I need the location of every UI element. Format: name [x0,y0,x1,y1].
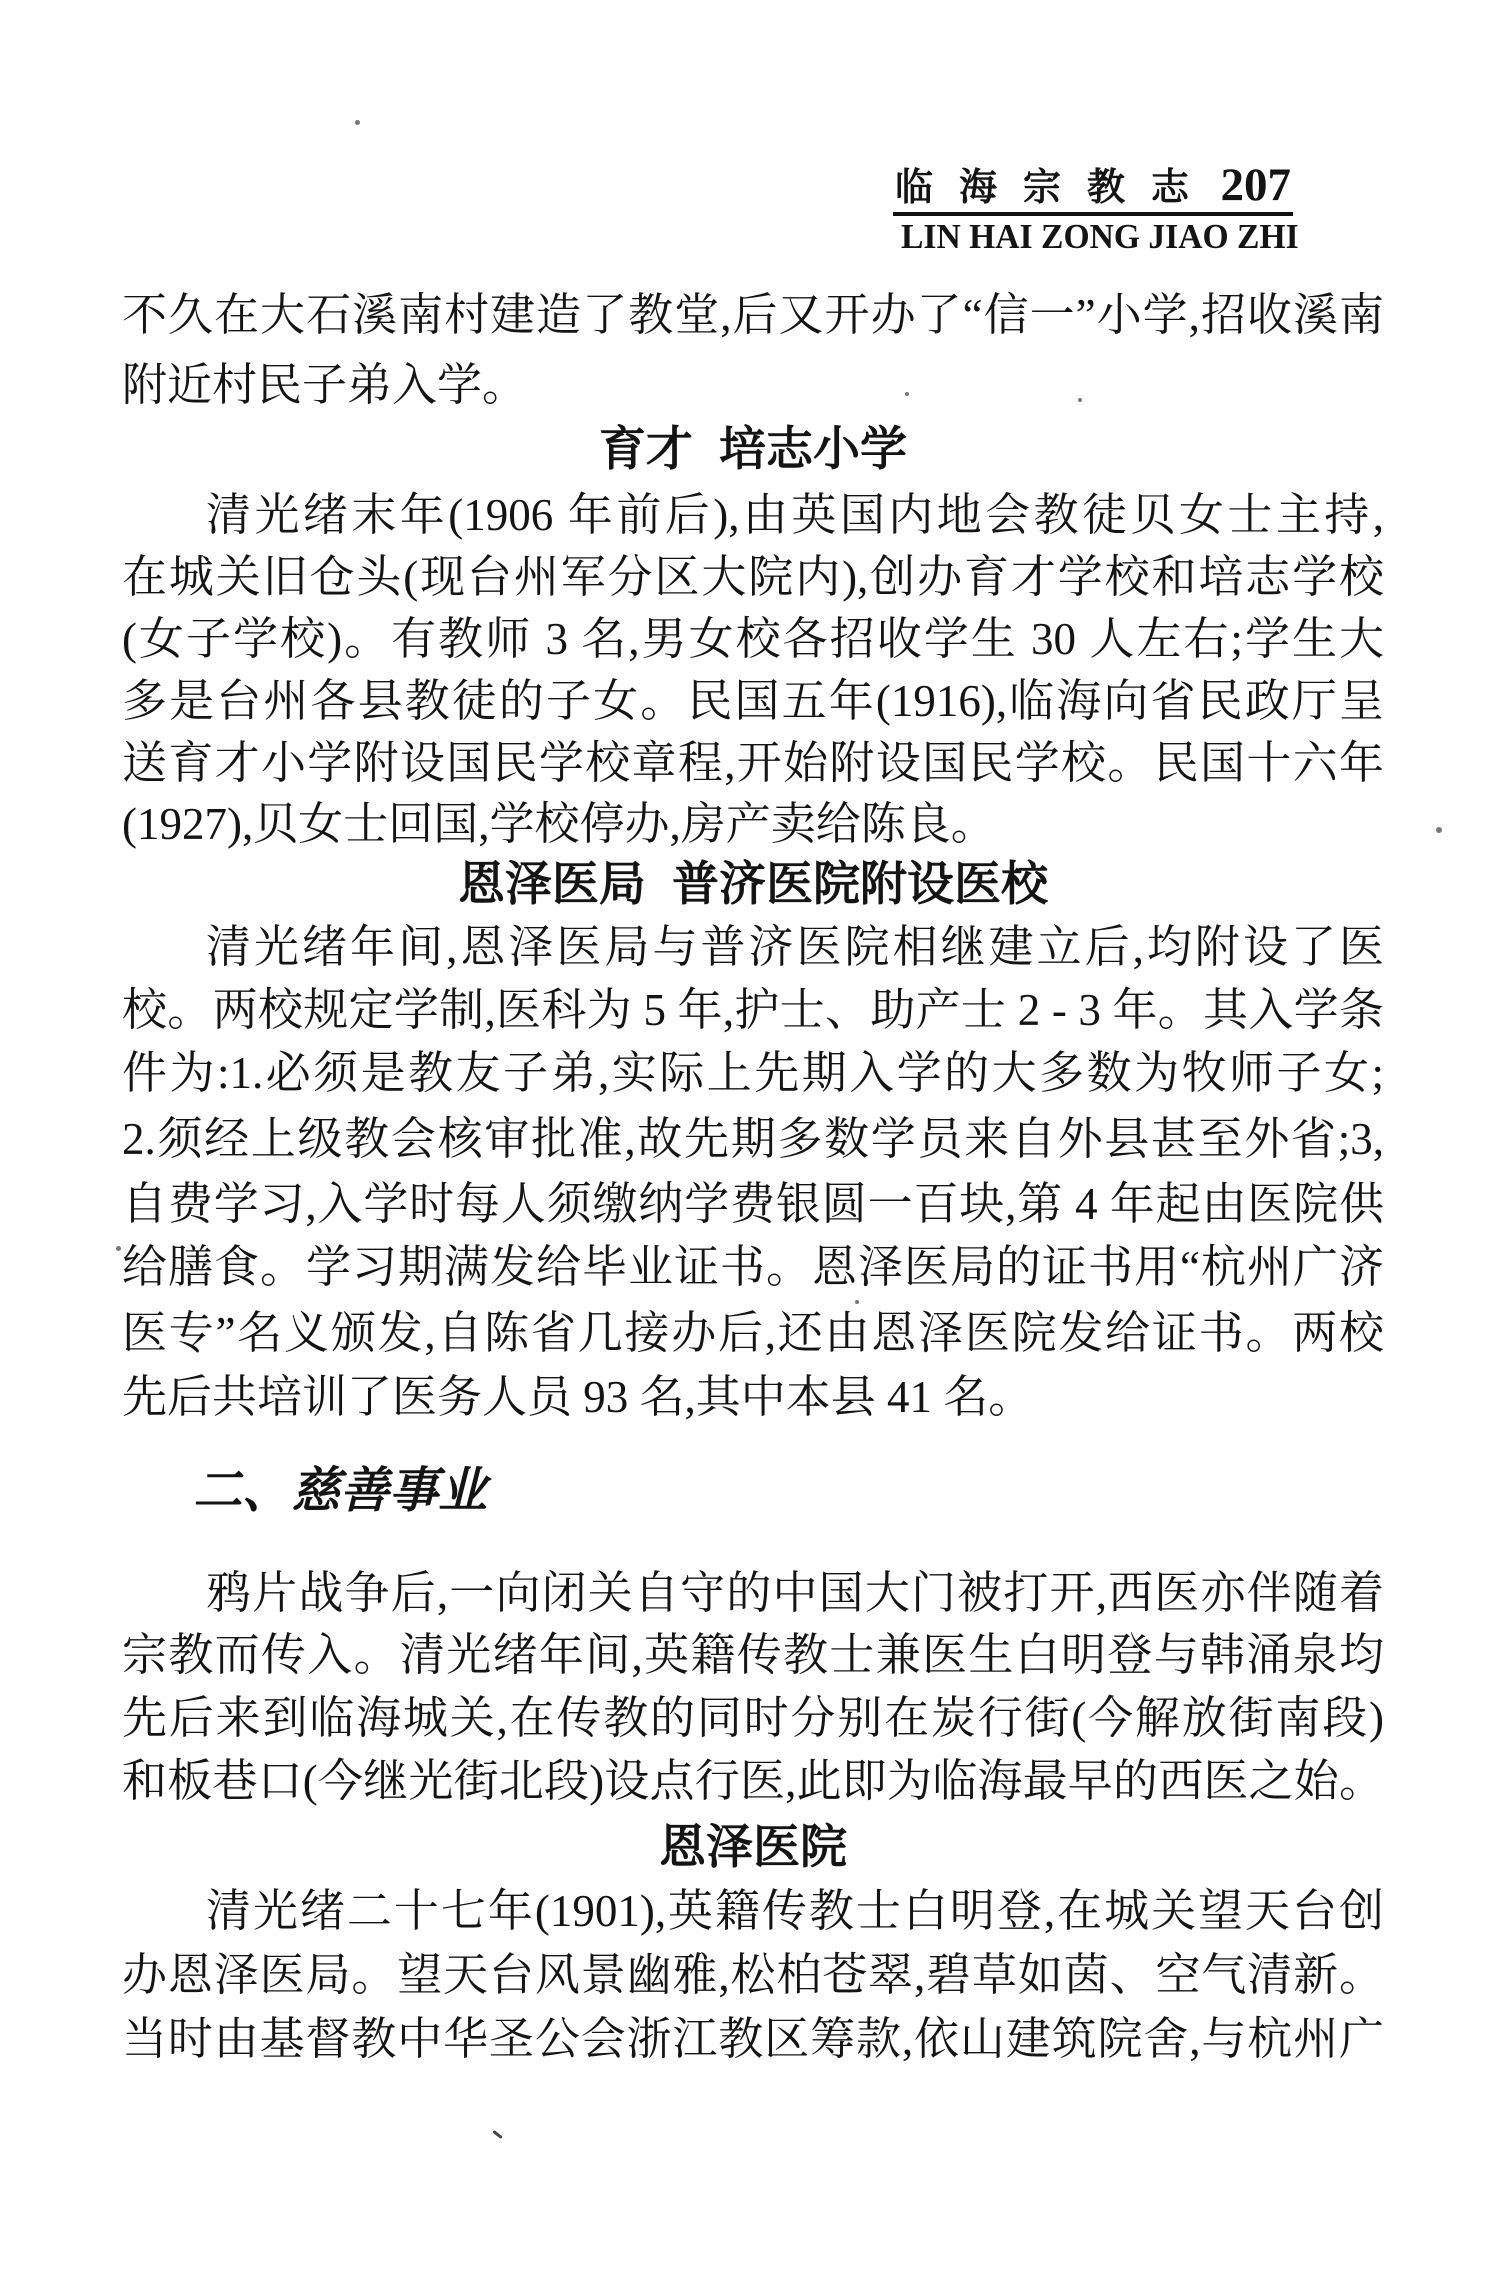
header-title-row: 临海宗教志 207 [893,163,1293,209]
scan-speck [855,1300,859,1304]
scan-speck [1078,398,1082,402]
text-line: 多是台州各县教徒的子女。民国五年(1916),临海向省民政厅呈 [122,674,1384,728]
scan-speck [116,1246,121,1251]
scan-speck [355,120,360,125]
text-line: (女子学校)。有教师 3 名,男女校各招收学生 30 人左右;学生大 [122,612,1384,666]
text-line: 清光绪末年(1906 年前后),由英国内地会教徒贝女士主持, [122,488,1384,542]
text-line: 清光绪年间,恩泽医局与普济医院相继建立后,均附设了医 [122,920,1384,974]
header-underline [893,212,1293,216]
book-title-chinese: 临海宗教志 [895,167,1215,209]
text-line: 先后共培训了医务人员 93 名,其中本县 41 名。 [122,1370,1384,1424]
text-line: 件为:1.必须是教友子弟,实际上先期入学的大多数为牧师子女; [122,1046,1384,1100]
text-line: 附近村民子弟入学。 [122,358,1384,412]
scan-speck [1436,827,1442,833]
text-line: 2.须经上级教会核审批准,故先期多数学员来自外县甚至外省;3, [122,1112,1384,1166]
text-line: 宗教而传入。清光绪年间,英籍传教士兼医生白明登与韩涌泉均 [122,1628,1384,1682]
text-line: (1927),贝女士回国,学校停办,房产卖给陈良。 [122,797,1384,851]
section-heading-charity: 二、慈善事业 [193,1462,487,1518]
subheading-yucai-peizhi-school: 育才 培志小学 [122,422,1384,476]
subheading-enze-hospital: 恩泽医院 [122,1820,1384,1874]
scanned-book-page: 临海宗教志 207 LIN HAI ZONG JIAO ZHI 不久在大石溪南村… [0,0,1500,2279]
text-line: 当时由基督教中华圣公会浙江教区筹款,依山建筑院舍,与杭州广 [122,2012,1384,2066]
text-line: 在城关旧仓头(现台州军分区大院内),创办育才学校和培志学校 [122,550,1384,604]
scan-tick-mark [492,2130,503,2139]
book-title-pinyin: LIN HAI ZONG JIAO ZHI [901,218,1285,256]
text-line: 医专”名义颁发,自陈省几接办后,还由恩泽医院发给证书。两校 [122,1306,1384,1360]
page-header: 临海宗教志 207 LIN HAI ZONG JIAO ZHI [893,163,1293,256]
text-line: 送育才小学附设国民学校章程,开始附设国民学校。民国十六年 [122,736,1384,790]
text-line: 给膳食。学习期满发给毕业证书。恩泽医局的证书用“杭州广济 [122,1240,1384,1294]
text-line: 自费学习,入学时每人须缴纳学费银圆一百块,第 4 年起由医院供 [122,1177,1384,1231]
scan-speck [905,392,909,396]
page-number: 207 [1221,163,1292,207]
text-line: 先后来到临海城关,在传教的同时分别在炭行街(今解放街南段) [122,1691,1384,1745]
text-line: 不久在大石溪南村建造了教堂,后又开办了“信一”小学,招收溪南 [122,288,1384,342]
text-line: 办恩泽医局。望天台风景幽雅,松柏苍翠,碧草如茵、空气清新。 [122,1948,1384,2002]
text-line: 校。两校规定学制,医科为 5 年,护士、助产士 2 - 3 年。其入学条 [122,983,1384,1037]
text-line: 清光绪二十七年(1901),英籍传教士白明登,在城关望天台创 [122,1884,1384,1938]
text-line: 鸦片战争后,一向闭关自守的中国大门被打开,西医亦伴随着 [122,1566,1384,1620]
text-line: 和板巷口(今继光街北段)设点行医,此即为临海最早的西医之始。 [122,1754,1384,1808]
subheading-enze-puji-medical-school: 恩泽医局 普济医院附设医校 [122,857,1384,911]
